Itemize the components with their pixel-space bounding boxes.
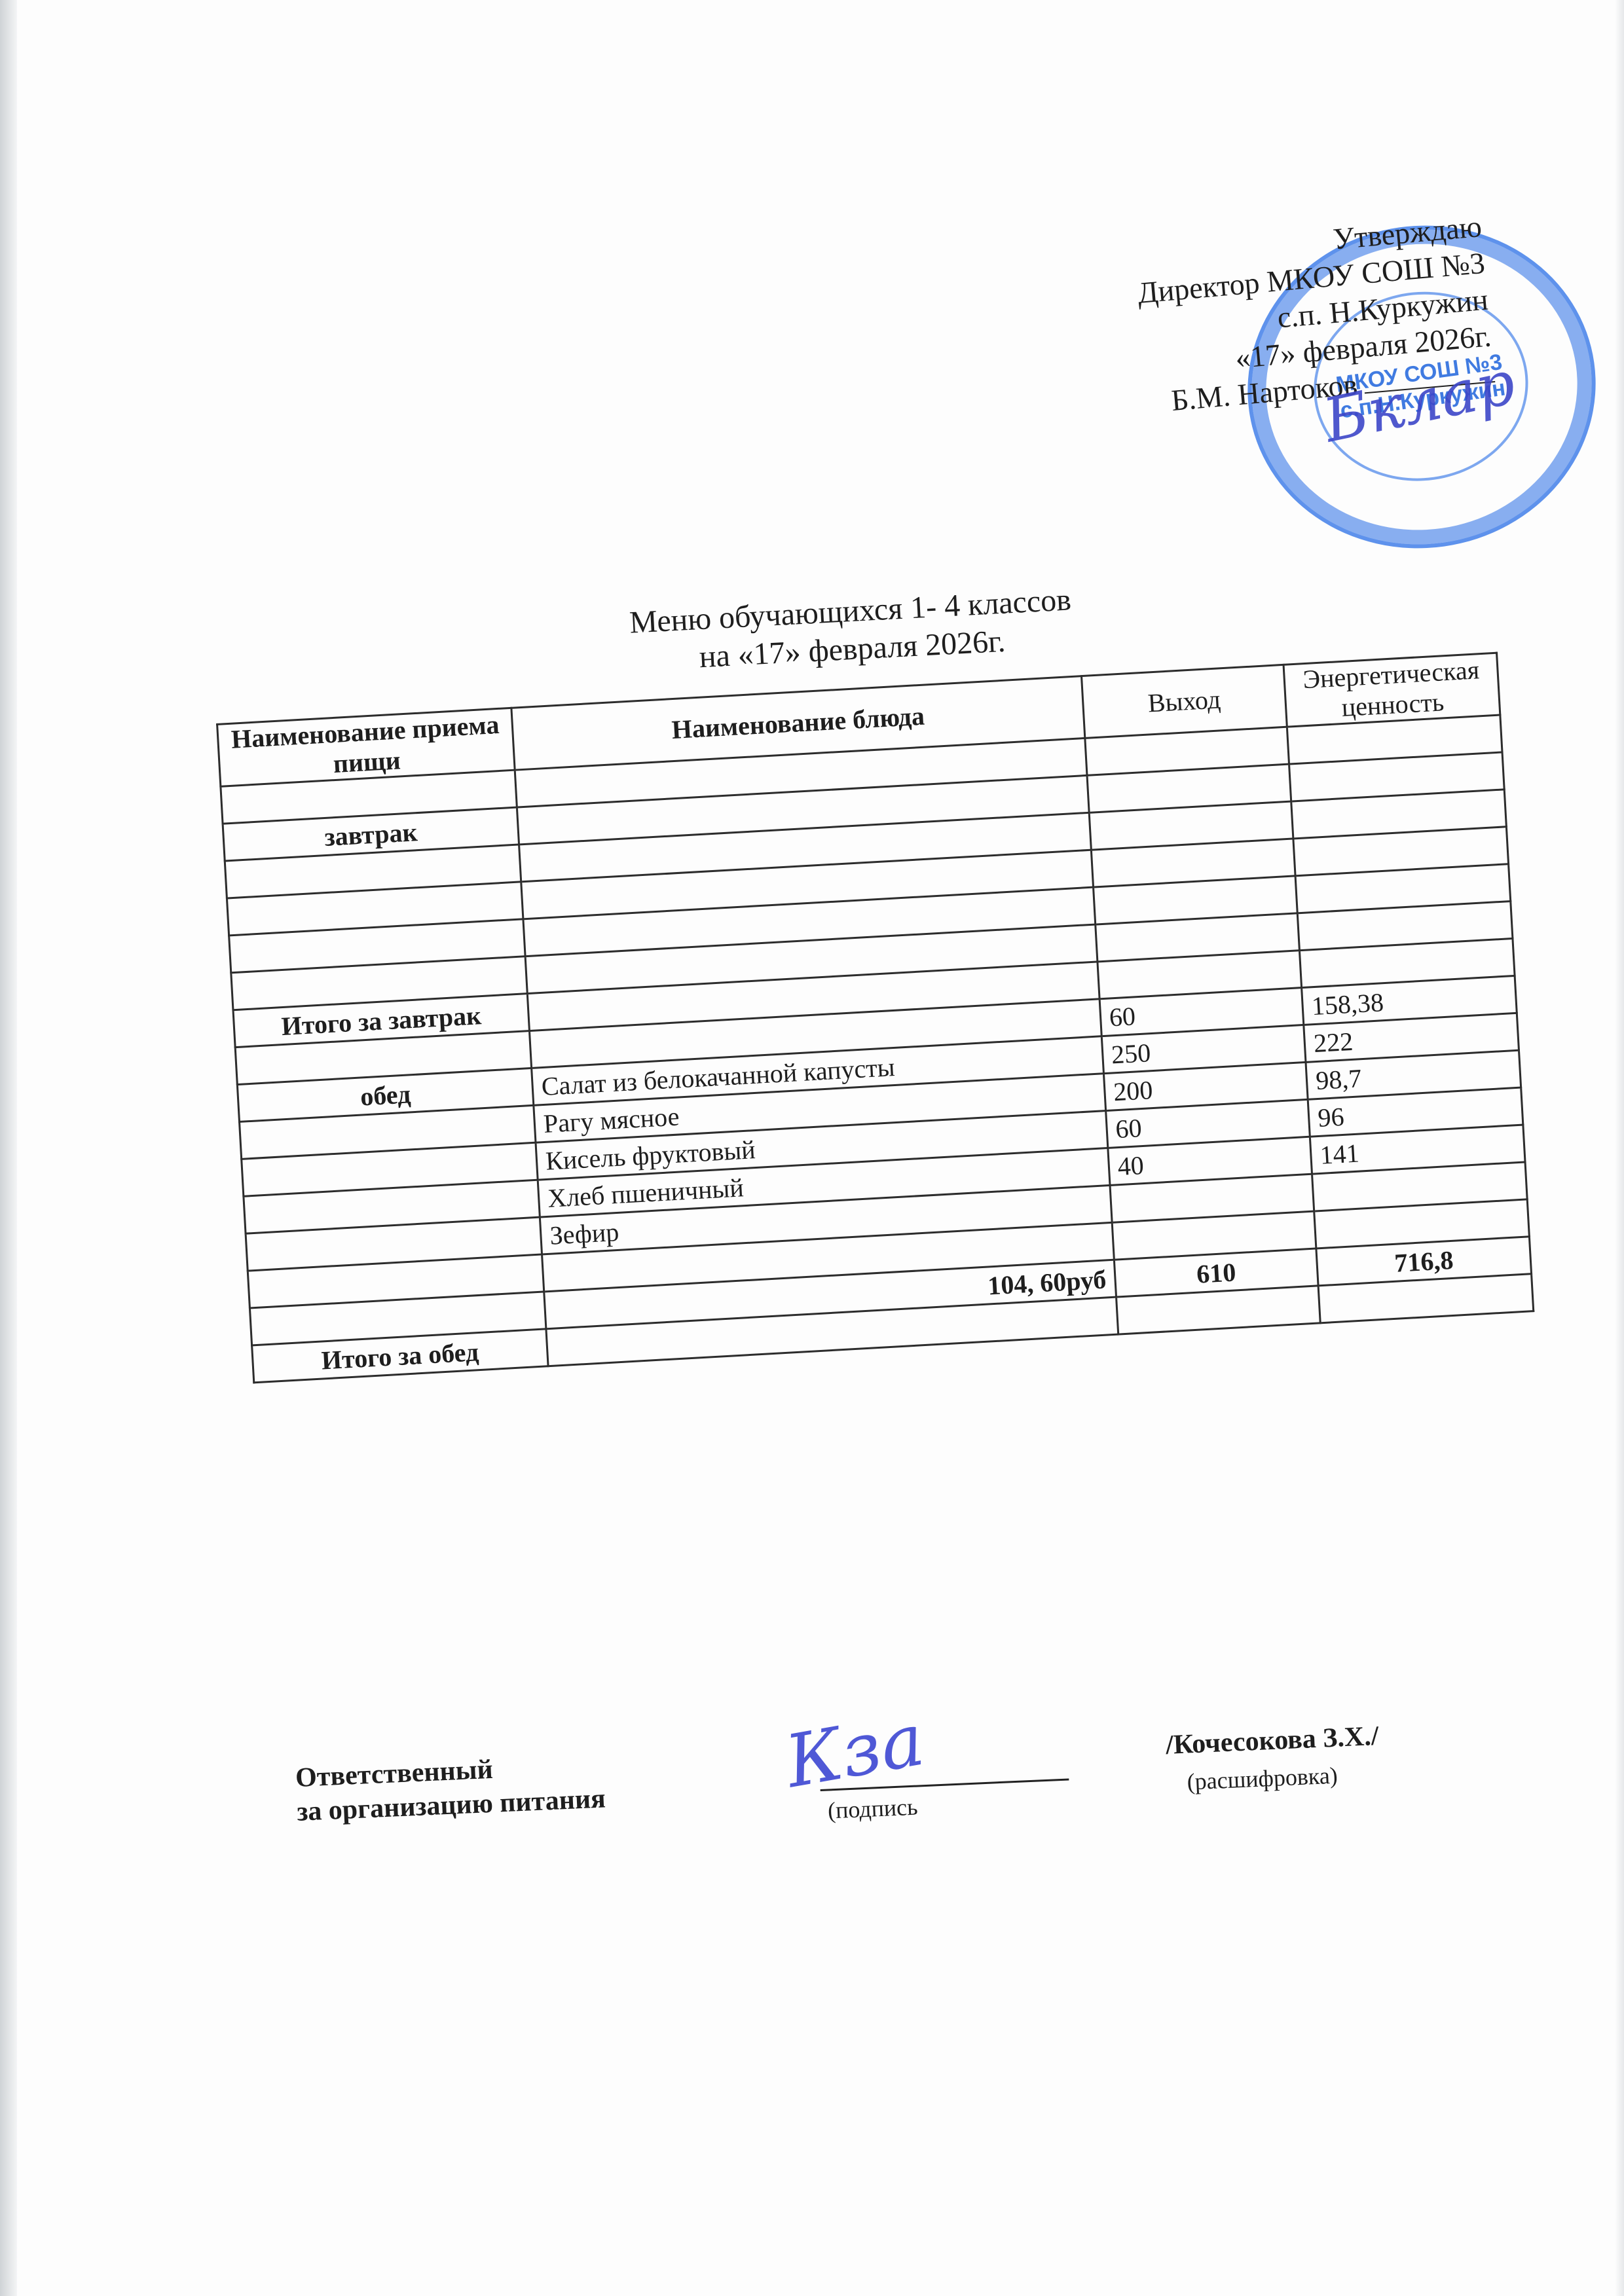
name-caption: (расшифровка)	[1187, 1762, 1338, 1796]
responsible-label: Ответственный за организацию питания	[295, 1747, 606, 1829]
signature-caption: (подпись	[827, 1793, 918, 1825]
header-energy: Энергетическая ценность	[1283, 653, 1500, 727]
header-yield: Выход	[1081, 665, 1287, 738]
scan-edge-right	[1615, 0, 1624, 2296]
document-title: Меню обучающихся 1- 4 классов на «17» фе…	[562, 577, 1141, 683]
responsible-signature: Кза	[779, 1698, 930, 1804]
scan-edge-left	[0, 0, 17, 2296]
menu-table-body: завтракИтого за завтрак60158,38обедСалат…	[221, 715, 1534, 1383]
menu-table: Наименование приема пищи Наименование бл…	[216, 652, 1534, 1384]
responsible-name: /Кочесокова З.Х./	[1165, 1721, 1379, 1761]
menu-table-container: Наименование приема пищи Наименование бл…	[216, 652, 1534, 1384]
